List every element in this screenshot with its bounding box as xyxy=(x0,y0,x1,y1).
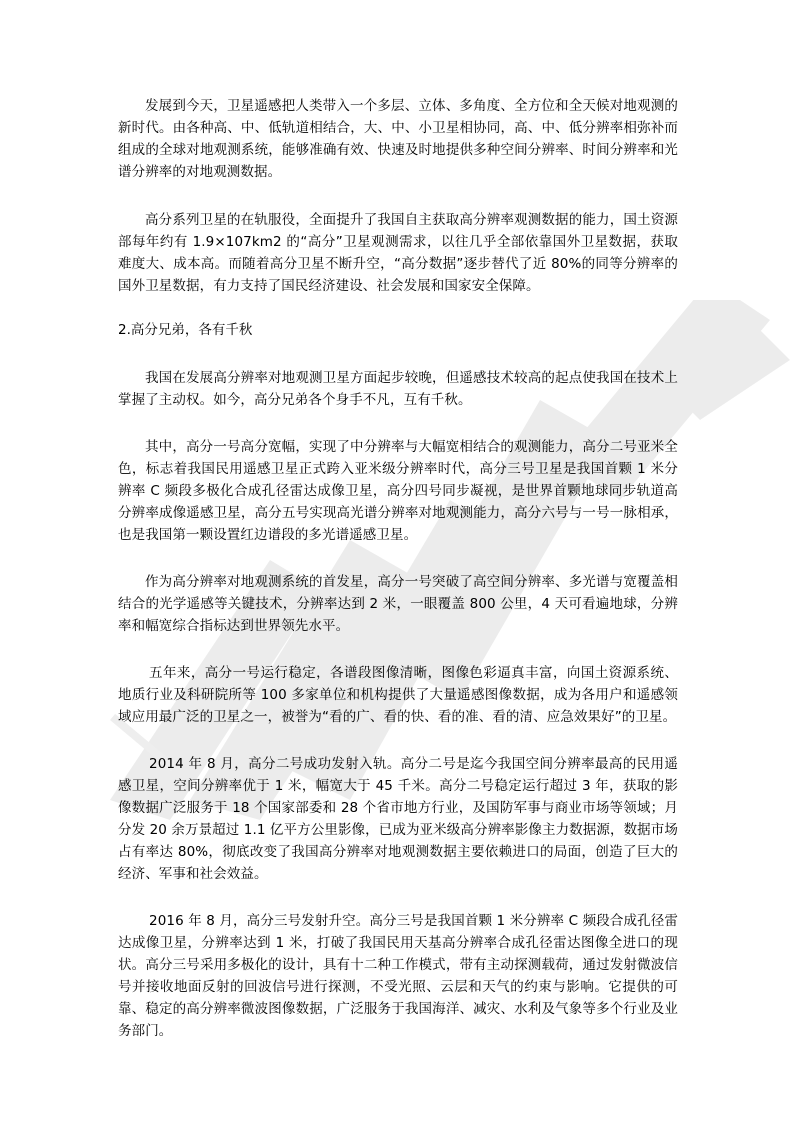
paragraph-gaofen-series-overview: 其中，高分一号高分宽幅，实现了中分辨率与大幅宽相结合的观测能力，高分二号亚米全色… xyxy=(118,436,678,546)
document-page: 发展到今天，卫星遥感把人类带入一个多层、立体、多角度、全方位和全天候对地观测的新… xyxy=(118,95,678,1067)
paragraph-gaofen-1-operation: 五年来，高分一号运行稳定，各谱段图像清晰，图像色彩逼真丰富，向国土资源系统、地质… xyxy=(118,662,678,728)
section-heading: 2.高分兄弟，各有千秋 xyxy=(118,319,678,341)
paragraph-earth-observation-era: 发展到今天，卫星遥感把人类带入一个多层、立体、多角度、全方位和全天候对地观测的新… xyxy=(118,95,678,183)
paragraph-gaofen-3: 2016 年 8 月，高分三号发射升空。高分三号是我国首颗 1 米分辨率 C 频… xyxy=(118,910,678,1042)
paragraph-gaofen-capability: 高分系列卫星的在轨服役，全面提升了我国自主获取高分辨率观测数据的能力，国土资源部… xyxy=(118,209,678,297)
paragraph-gaofen-1: 作为高分辨率对地观测系统的首发星，高分一号突破了高空间分辨率、多光谱与宽覆盖相结… xyxy=(118,571,678,637)
paragraph-late-start: 我国在发展高分辨率对地观测卫星方面起步较晚，但遥感技术较高的起点使我国在技术上掌… xyxy=(118,367,678,411)
paragraph-gaofen-2: 2014 年 8 月，高分二号成功发射入轨。高分二号是迄今我国空间分辨率最高的民… xyxy=(118,753,678,885)
